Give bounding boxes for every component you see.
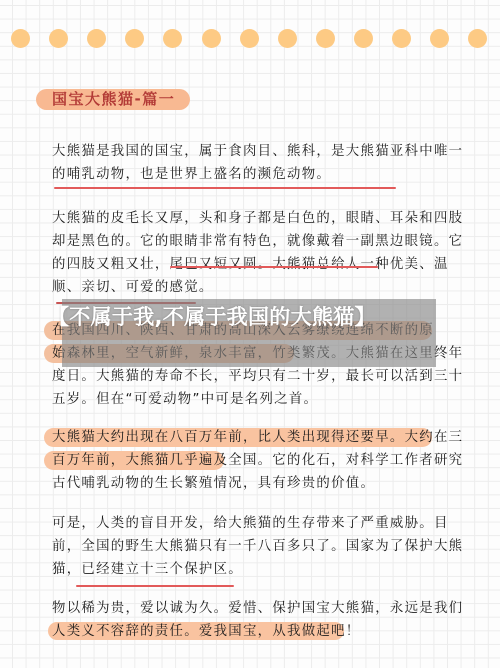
- decorative-dot: [392, 29, 411, 48]
- decorative-dot: [430, 29, 449, 48]
- paragraph-6: 物以稀为贵，爱以诚为久。爱惜、保护国宝大熊猫，永远是我们 人类义不容辞的责任。爱…: [52, 597, 452, 643]
- decorative-dot: [49, 29, 68, 48]
- underline-mark: [54, 187, 396, 189]
- overlay-headline: 【不属于我,不属于我国的大熊猫】: [48, 303, 448, 332]
- text-line: 却是黑色的。它的眼睛非常有特色，就像戴着一副黑边眼镜。它: [52, 230, 452, 253]
- paragraph-4: 大熊猫大约出现在八百万年前，比人类出现得还要早。大约在三 百万年前，大熊猫几乎遍…: [52, 426, 452, 495]
- text-line: 顺、亲切、可爱的感觉。: [52, 276, 452, 299]
- text-line: 前，全国的野生大熊猫只有一千八百多只了。国家为了保护大熊: [52, 535, 452, 558]
- text-line: 度日。大熊猫的寿命不长，平均只有二十岁，最长可以活到三十: [52, 365, 452, 388]
- underline-mark: [76, 585, 234, 587]
- underline-mark: [170, 266, 378, 268]
- decorative-dot-row: [11, 29, 491, 49]
- text-line: 五岁。但在“可爱动物”中可是名列之首。: [52, 388, 452, 411]
- decorative-dot: [11, 29, 30, 48]
- text-line: 的哺乳动物，也是世界上盛名的濒危动物。: [52, 163, 452, 186]
- paragraph-1: 大熊猫是我国的国宝，属于食肉目、熊科，是大熊猫亚科中唯一 的哺乳动物，也是世界上…: [52, 140, 452, 186]
- text-line: 大熊猫大约出现在八百万年前，比人类出现得还要早。大约在三: [52, 426, 452, 449]
- text-line: 大熊猫的皮毛长又厚，头和身子都是白色的，眼睛、耳朵和四肢: [52, 207, 452, 230]
- decorative-dot: [87, 29, 106, 48]
- decorative-dot: [278, 29, 297, 48]
- page-title: 国宝大熊猫-篇一: [52, 88, 175, 110]
- decorative-dot: [240, 29, 259, 48]
- decorative-dot: [163, 29, 182, 48]
- decorative-dot: [316, 29, 335, 48]
- decorative-dot: [202, 29, 221, 48]
- text-line: 猫，已经建立十三个保护区。: [52, 558, 452, 581]
- decorative-dot: [468, 29, 487, 48]
- decorative-dot: [354, 29, 373, 48]
- text-line: 古代哺乳动物的生长繁殖情况，具有珍贵的价值。: [52, 472, 452, 495]
- text-line: 人类义不容辞的责任。爱我国宝，从我做起吧！: [52, 620, 452, 643]
- text-line: 的四肢又粗又壮，尾巴又短又圆。大熊猫总给人一种优美、温: [52, 253, 452, 276]
- decorative-dot: [125, 29, 144, 48]
- paragraph-2: 大熊猫的皮毛长又厚，头和身子都是白色的，眼睛、耳朵和四肢 却是黑色的。它的眼睛非…: [52, 207, 452, 299]
- paragraph-5: 可是，人类的盲目开发，给大熊猫的生存带来了严重威胁。目 前，全国的野生大熊猫只有…: [52, 512, 452, 581]
- text-line: 百万年前，大熊猫几乎遍及全国。它的化石，对科学工作者研究: [52, 449, 452, 472]
- text-line: 大熊猫是我国的国宝，属于食肉目、熊科，是大熊猫亚科中唯一: [52, 140, 452, 163]
- text-line: 可是，人类的盲目开发，给大熊猫的生存带来了严重威胁。目: [52, 512, 452, 535]
- text-line: 物以稀为贵，爱以诚为久。爱惜、保护国宝大熊猫，永远是我们: [52, 597, 452, 620]
